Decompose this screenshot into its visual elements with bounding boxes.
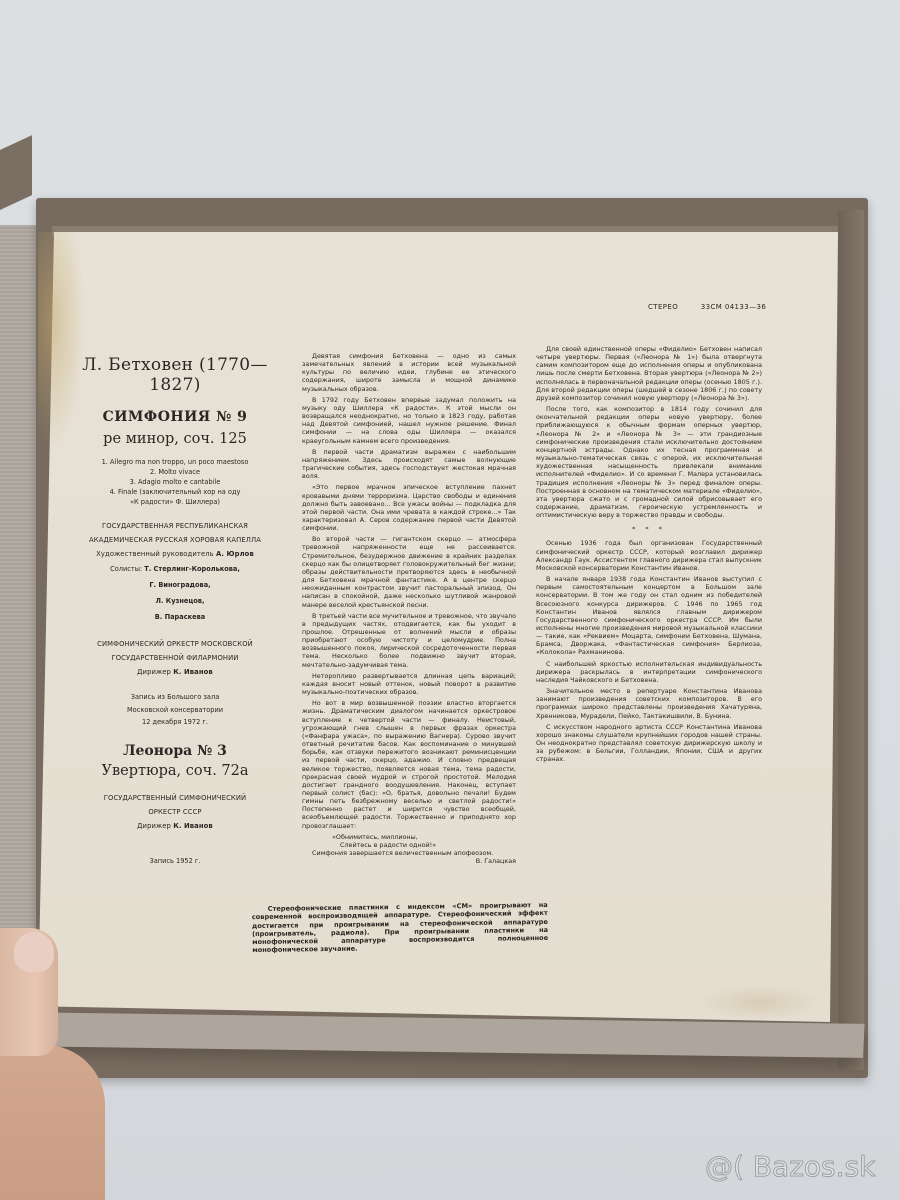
paper-stain	[700, 985, 820, 1020]
conductor-label: Дирижер	[137, 822, 171, 830]
soloists-label: Солисты:	[110, 565, 142, 573]
composer-heading: Л. Бетховен (1770—1827)	[60, 355, 290, 395]
notes-author: В. Галацкая	[302, 857, 516, 865]
choir-credit: ГОСУДАРСТВЕННАЯ РЕСПУБЛИКАНСКАЯ АКАДЕМИЧ…	[60, 519, 290, 561]
thumbnail-nail	[14, 932, 54, 972]
bio-paragraph: Значительное место в репертуаре Констант…	[536, 687, 762, 720]
conductor-credit: Дирижер К. Иванов	[60, 665, 290, 679]
notes-paragraph: В первой части драматизм выражен с наибо…	[302, 448, 516, 481]
choir-name-line: ГОСУДАРСТВЕННАЯ РЕСПУБЛИКАНСКАЯ	[60, 519, 290, 533]
hand-palm	[0, 1045, 105, 1200]
bio-paragraph: С искусством народного артиста СССР Конс…	[536, 723, 762, 764]
soloist-name: Л. Кузнецов,	[60, 593, 290, 609]
catalog-info: СТЕРЕО 33СМ 04133—36	[648, 303, 766, 311]
choir-director-name: А. Юрлов	[216, 550, 254, 558]
overture-subtitle: Увертюра, соч. 72а	[60, 763, 290, 779]
movement-item: «К радости» Ф. Шиллера)	[60, 497, 290, 507]
soloist-name: Т. Стерлинг-Королькова,	[144, 565, 240, 573]
soloist-name: В. Параскева	[60, 609, 290, 625]
section-separator: * * *	[536, 525, 762, 533]
notes-paragraph: «Это первое мрачное эпическое вступление…	[302, 483, 516, 532]
recording-line: Московской консерватории	[60, 704, 290, 717]
stereo-notice: Стереофонические пластинки с индексом «С…	[252, 901, 549, 955]
conductor-label: Дирижер	[137, 668, 171, 676]
movement-item: 4. Finale (заключительный хор на оду	[60, 487, 290, 497]
choir-director-label: Художественный руководитель	[96, 550, 214, 558]
notes-paragraph: Для своей единственной оперы «Фиделио» Б…	[536, 345, 762, 402]
movement-item: 2. Molto vivace	[60, 467, 290, 477]
orchestra-name-line: ОРКЕСТР СССР	[60, 805, 290, 819]
overture-recording-year: Запись 1952 г.	[60, 857, 290, 865]
watermark-logo: @( Bazos.sk	[705, 1150, 875, 1183]
notes-paragraph: В 1792 году Бетховен впервые задумал пол…	[302, 396, 516, 445]
conductor-name: К. Иванов	[173, 668, 213, 676]
catalog-number: 33СМ 04133—36	[701, 303, 766, 311]
conductor-name: К. Иванов	[173, 822, 213, 830]
overture-orchestra-credit: ГОСУДАРСТВЕННЫЙ СИМФОНИЧЕСКИЙ ОРКЕСТР СС…	[60, 791, 290, 833]
choir-name-line: АКАДЕМИЧЕСКАЯ РУССКАЯ ХОРОВАЯ КАПЕЛЛА	[60, 533, 290, 547]
bio-paragraph: В начале января 1938 года Константин Ива…	[536, 575, 762, 657]
conductor-credit: Дирижер К. Иванов	[60, 819, 290, 833]
ode-quote-line: «Обнимитесь, миллионы,	[302, 833, 516, 841]
recording-info: Запись из Большого зала Московской консе…	[60, 691, 290, 729]
stereo-notice-text: Стереофонические пластинки с индексом «С…	[252, 901, 549, 955]
movement-item: 1. Allegro ma non troppo, un poco maesto…	[60, 457, 290, 467]
stereo-label: СТЕРЕО	[648, 303, 678, 311]
notes-paragraph: После того, как композитор в 1814 году с…	[536, 405, 762, 519]
overture-notes-column: Для своей единственной оперы «Фиделио» Б…	[536, 345, 762, 767]
choir-director: Художественный руководитель А. Юрлов	[60, 547, 290, 561]
bio-paragraph: С наибольшей яркостью исполнительская ин…	[536, 660, 762, 684]
soloists-credit: Солисты: Т. Стерлинг-Королькова, Г. Вино…	[60, 561, 290, 625]
symphony-key: ре минор, соч. 125	[60, 431, 290, 447]
bio-paragraph: Осенью 1936 года был организован Государ…	[536, 539, 762, 572]
orchestra-name-line: СИМФОНИЧЕСКИЙ ОРКЕСТР МОСКОВСКОЙ	[60, 637, 290, 651]
notes-paragraph: Но вот в мир возвышенной поэзии властно …	[302, 699, 516, 830]
notes-paragraph: Девятая симфония Бетховена — одно из сам…	[302, 352, 516, 393]
notes-paragraph: В третьей части все мучительное и тревож…	[302, 612, 516, 669]
notes-paragraph: Неторопливо развертывается длинная цепь …	[302, 672, 516, 696]
orchestra-credit: СИМФОНИЧЕСКИЙ ОРКЕСТР МОСКОВСКОЙ ГОСУДАР…	[60, 637, 290, 679]
symphony-notes-column: Девятая симфония Бетховена — одно из сам…	[302, 352, 516, 865]
notes-paragraph: Симфония завершается величественным апоф…	[302, 849, 516, 857]
credits-column: Л. Бетховен (1770—1827) СИМФОНИЯ № 9 ре …	[60, 355, 290, 865]
notes-paragraph: Во второй части — гигантском скерцо — ат…	[302, 535, 516, 608]
symphony-title: СИМФОНИЯ № 9	[60, 409, 290, 425]
orchestra-name-line: ГОСУДАРСТВЕННЫЙ СИМФОНИЧЕСКИЙ	[60, 791, 290, 805]
box-right-wall	[838, 210, 864, 1070]
overture-title: Леонора № 3	[60, 743, 290, 759]
movement-item: 3. Adagio molto e cantabile	[60, 477, 290, 487]
ode-quote-line: Слейтесь в радости одной!»	[302, 841, 516, 849]
recording-date: 12 декабря 1972 г.	[60, 716, 290, 729]
orchestra-name-line: ГОСУДАРСТВЕННОЙ ФИЛАРМОНИИ	[60, 651, 290, 665]
recording-line: Запись из Большого зала	[60, 691, 290, 704]
movement-list: 1. Allegro ma non troppo, un poco maesto…	[60, 457, 290, 507]
soloist-name: Г. Виноградова,	[60, 577, 290, 593]
box-lid-flap	[0, 135, 32, 210]
